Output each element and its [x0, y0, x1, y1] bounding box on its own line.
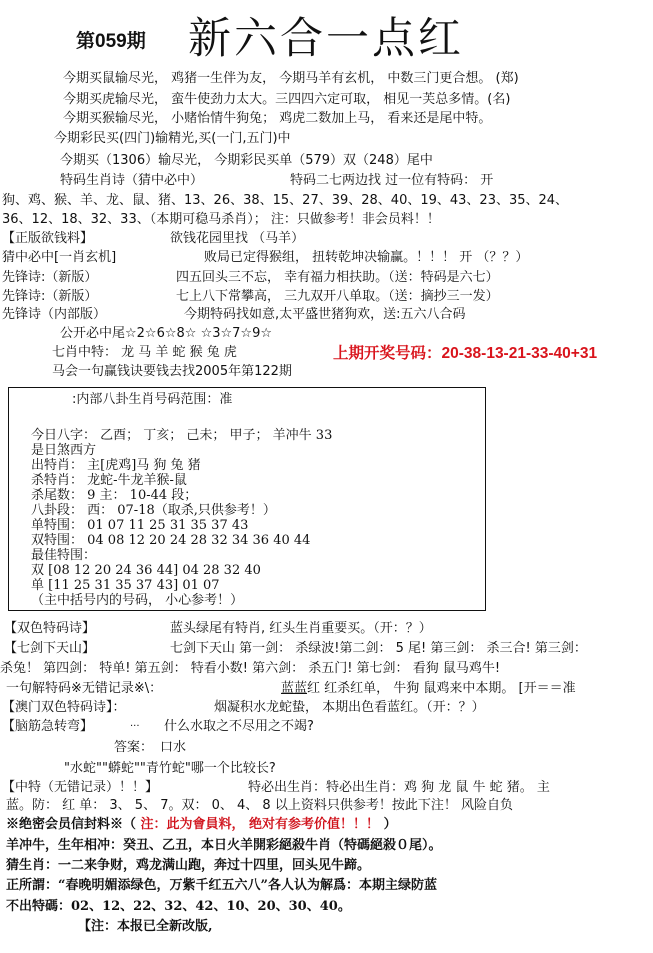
poem-row-left: 特码生肖诗（猜中必中） — [60, 173, 203, 189]
box-line: 单 [11 25 31 35 37 43] 01 07 — [31, 578, 220, 593]
last-draw: 上期开奖号码：20-38-13-21-33-40+31 — [333, 341, 597, 363]
zhongte-continued: 蓝。防： 红 单： 3、 5、 7。双： 0、 4、 8 以上资料只供参考！按此… — [6, 798, 513, 814]
last-draw-label: 上期开奖号码： — [333, 345, 442, 362]
seven-zodiac: 七肖中特： 龙 马 羊 蛇 猴 兔 虎 — [52, 345, 237, 361]
section-label: 先锋诗:（新版） — [2, 270, 97, 286]
footer-note: 【注：本报已全新改版, — [78, 919, 213, 935]
section-text: 七上八下常攀高， 三九双开八单取。（送：摘抄三一发） — [176, 289, 499, 305]
section-text: 今期特码找如意,太平盛世猪狗欢，送:五六八合码 — [184, 307, 466, 323]
section-label: 猜中必中[一肖玄机] — [2, 250, 116, 266]
macau-label: 【澳门双色特码诗】： — [2, 700, 126, 716]
section-text: 欲钱花园里找 （马羊） — [170, 231, 304, 247]
box-line: 双 [08 12 20 24 36 44] 04 28 32 40 — [31, 563, 261, 578]
numbers-line: 狗、鸡、猴、羊、龙、鼠、猪、13、26、38、15、27、39、28、40、19… — [2, 193, 568, 209]
riddle-answer-label: 答案： — [114, 740, 153, 756]
section-label: 先锋诗:（新版） — [2, 289, 97, 305]
riddle-answer: 口水 — [160, 740, 186, 756]
bold-line: 羊冲牛，生年相冲：癸丑、乙丑，本日火羊開彩絕殺牛肖（特碼絕殺０尾）。 — [6, 838, 442, 854]
box-line: 最佳特围： — [31, 548, 96, 563]
box-line: 今日八字： 乙酉； 丁亥； 己未； 甲子； 羊冲牛 33 — [31, 428, 332, 443]
riddle-label: 【脑筋急转弯】 — [2, 719, 93, 735]
secret-red-note: 注：此为會員料， 绝对有参考价值！！！ — [141, 817, 380, 832]
secret-close: ） — [379, 817, 397, 832]
section-text: 败局已定得猴组， 扭转乾坤决输赢。！！！ 开 （？？） — [204, 250, 528, 266]
one-sentence-rest: 红 红杀红单， 牛狗 鼠鸡来中本期。 [开＝＝准 — [307, 681, 576, 696]
riddle-extra: "水蛇""蟒蛇""青竹蛇"哪一个比较长? — [64, 761, 276, 777]
intro-line: 今期买虎输尽光， 蛮牛使劲力太大。三四四六定可取， 相见一芙总多情。(名) — [63, 92, 510, 108]
issue-number: 第059期 — [76, 26, 146, 53]
section-text: 四五回头三不忘， 幸有福力相扶助。（送：特码是六七） — [176, 270, 499, 286]
section-label: 【正版欲钱料】 — [2, 231, 93, 247]
intro-line: 今期彩民买(四门)输精光,买(一门,五门)中 — [54, 131, 291, 147]
section-label: 【双色特码诗】 — [4, 621, 95, 637]
bold-line: 猜生肖：一二来争财，鸡龙满山跑，奔过十四里，回头见牛蹄。 — [6, 858, 370, 874]
macau-text: 烟凝积水龙蛇蛰， 本期出色看蓝红。（开：？） — [214, 700, 485, 716]
tail-public: 公开必中尾☆2☆6☆8☆ ☆3☆7☆9☆ — [60, 326, 272, 342]
zhongte-text: 特必出生肖：特必出生肖：鸡 狗 龙 鼠 牛 蛇 猪。 主 — [248, 780, 550, 796]
one-sentence-label: 一句解特码※无错记录※\： — [6, 681, 162, 697]
section-label: 先锋诗（内部版） — [2, 307, 106, 323]
box-line: 杀特肖： 龙蛇-牛龙羊猴-鼠 — [31, 473, 187, 488]
box-line: （主中括号内的号码， 小心参考！） — [31, 593, 243, 608]
riddle-question: 什么水取之不尽用之不竭? — [164, 719, 314, 735]
secret-label: ※绝密会员信封料※（ — [6, 817, 141, 832]
bold-line: 正所謂：“春晚明媚添绿色，万紫千红五六八”各人认为解爲：本期主绿防蓝 — [6, 878, 437, 894]
box-line: 双特围： 04 08 12 20 24 28 32 34 36 40 44 — [31, 533, 310, 548]
poem-row-right: 特码二七两边找 过一位有特码： 开 — [290, 173, 493, 189]
box-title: :内部八卦生肖号码范围：准 — [72, 392, 232, 408]
page-title: 新六合一点红 — [188, 14, 464, 64]
box-line: 单特围： 01 07 11 25 31 35 37 43 — [31, 518, 248, 533]
box-line: 出特肖： 主[虎鸡]马 狗 兔 猪 — [31, 458, 201, 473]
section-text: 七剑下天山 第一剑： 杀绿波!第二剑： 5 尾! 第三剑： 杀三合! 第三剑： — [170, 641, 587, 657]
numbers-line: 36、12、18、32、33、（本期可稳马杀肖）； 注：只做参考！非会员料！！ — [2, 212, 440, 228]
section-label: 【七剑下天山】 — [4, 641, 95, 657]
intro-line: 今期买猴输尽光， 小赌怡情牛狗兔； 鸡虎二数加上马， 看来还是尾中特。 — [63, 111, 491, 127]
intro-line: 今期买（1306）输尽光， 今期彩民买单（579）双（248）尾中 — [60, 153, 433, 169]
riddle-dots: ... — [130, 716, 140, 732]
box-line: 八卦段： 西： 07-18（取杀,只供参考！） — [31, 503, 276, 518]
box-line: 是日煞西方 — [31, 443, 96, 458]
horse-club-line: 马会一句赢钱诀要钱去找2005年第122期 — [52, 364, 292, 380]
section-text: 蓝头绿尾有特肖, 红头生肖重要买。（开：？） — [170, 621, 432, 637]
intro-line: 今期买鼠输尽光， 鸡猪一生伴为友， 今期马羊有玄机， 中数三门更合想。 (郑) — [63, 71, 519, 87]
one-sentence-text: 蓝蓝红 红杀红单， 牛狗 鼠鸡来中本期。 [开＝＝准 — [281, 681, 576, 697]
secret-line: ※绝密会员信封料※（ 注：此为會員料， 绝对有参考价值！！！ ） — [6, 817, 397, 833]
box-line: 杀尾数： 9 主： 10-44 段； — [31, 488, 197, 503]
seven-sword-continued: 杀兔！ 第四剑： 特单! 第五剑： 特看小数! 第六剑： 杀五门! 第七剑： 看… — [0, 661, 500, 677]
one-sentence-underlined: 蓝蓝 — [281, 681, 307, 696]
last-draw-numbers: 20-38-13-21-33-40+31 — [442, 345, 598, 362]
zhongte-label: 【中特（无错记录）！！】 — [2, 780, 158, 796]
bold-line: 不出特碼：02、12、22、32、42、10、20、30、40。 — [6, 899, 351, 915]
